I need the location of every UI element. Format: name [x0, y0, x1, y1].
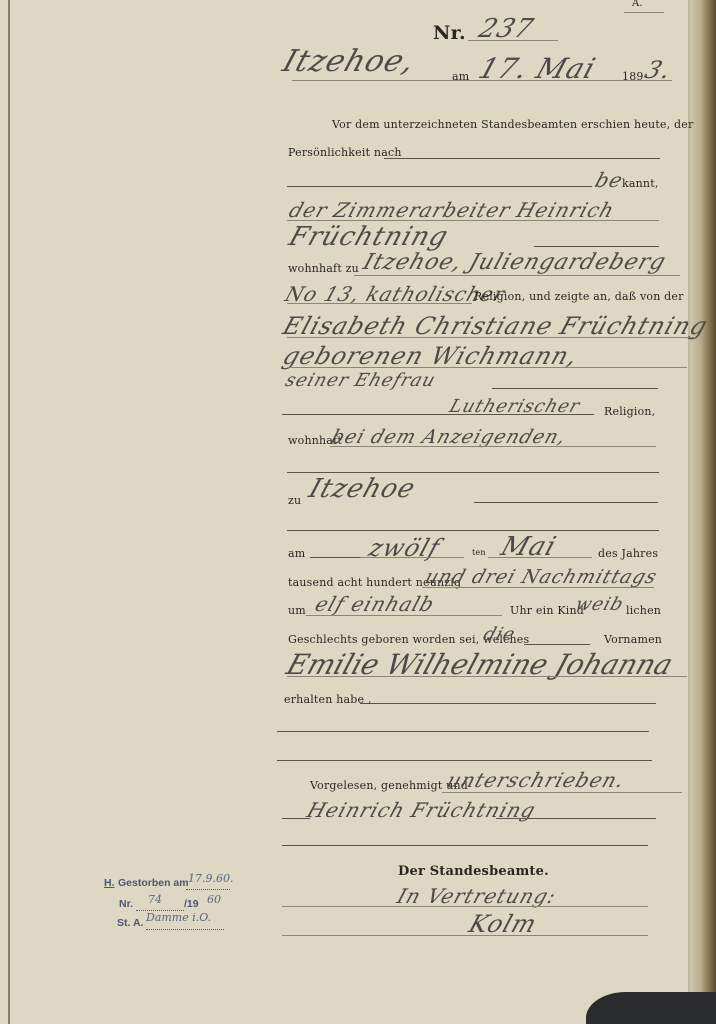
- rule: [277, 731, 649, 732]
- number-label: Nr.: [433, 22, 466, 44]
- residence-handwritten: Itzehoe, Juliengardeberg: [360, 250, 669, 275]
- rule: [360, 557, 464, 558]
- rule: [384, 158, 660, 159]
- rule: [277, 760, 652, 761]
- book-binding: [690, 0, 716, 1024]
- official-title: Der Standesbeamte.: [398, 864, 549, 879]
- rule: [488, 557, 592, 558]
- rule: [422, 587, 654, 588]
- rule: [306, 615, 502, 616]
- rule: [492, 388, 658, 389]
- place-handwritten: Itzehoe,: [278, 44, 420, 79]
- corner-rule: [624, 12, 664, 13]
- stamp-prefix: H.: [104, 877, 115, 889]
- birth-year-label: des Jahres: [598, 547, 658, 560]
- child-sex-handwritten: weib: [573, 594, 627, 615]
- birth-time-handwritten: elf einhalb: [312, 592, 438, 616]
- rule: [310, 557, 360, 558]
- rule: [287, 530, 659, 531]
- rule: [360, 703, 656, 704]
- rule: [330, 446, 656, 447]
- rule: [287, 186, 592, 187]
- given-names-label: Vornamen: [604, 633, 662, 646]
- informant-line-1: der Zimmerarbeiter Heinrich: [286, 198, 618, 222]
- mother-religion-label: Religion,: [604, 405, 655, 418]
- date-rule: [292, 80, 672, 81]
- rule: [496, 818, 656, 819]
- number-rule: [468, 40, 558, 41]
- stamp-dotted-line: [146, 929, 224, 930]
- birth-year-handwritten: und drei Nachmittags: [422, 566, 660, 588]
- informant-line-2: Früchtning: [285, 222, 452, 252]
- dark-object-corner: [586, 992, 716, 1024]
- rule: [442, 792, 682, 793]
- known-label: kannt,: [622, 177, 659, 190]
- rule: [287, 367, 687, 368]
- rule: [354, 275, 680, 276]
- read-handwritten: unterschrieben.: [444, 768, 628, 792]
- intro-line-1: Vor dem unterzeichneten Standesbeamten e…: [332, 118, 693, 131]
- rule: [524, 644, 590, 645]
- birth-time-label: um: [288, 604, 306, 617]
- mother-residence-handwritten: bei dem Anzeigenden,: [328, 426, 569, 448]
- stamp-year-prefix: /19: [184, 898, 199, 910]
- stamp-year-value: 60: [207, 893, 221, 906]
- rule: [287, 303, 472, 304]
- stamp-nr-value: 74: [148, 893, 162, 906]
- mother-line-1: Elisabeth Christiane Früchtning: [279, 312, 711, 340]
- stamp-died-label: Gestorben am: [118, 877, 189, 889]
- left-margin-rule: [8, 0, 10, 1024]
- received-label: erhalten habe ,: [284, 693, 372, 706]
- child-sex-suffix: lichen: [626, 604, 661, 617]
- stamp-nr-label: Nr.: [119, 898, 133, 910]
- birth-ten-label: ten: [472, 548, 486, 557]
- rule: [287, 220, 659, 221]
- religion-clause: Religion, und zeigte an, daß von der: [474, 290, 684, 303]
- rule: [287, 676, 687, 677]
- rule: [282, 845, 648, 846]
- place-label: zu: [288, 494, 301, 507]
- rule: [534, 246, 659, 247]
- rule: [287, 472, 659, 473]
- stamp-dotted-line: [186, 889, 230, 890]
- date-am-label: am: [452, 70, 469, 83]
- year-prefix: 189: [622, 70, 644, 83]
- stamp-registry-value: Damme i.O.: [146, 911, 211, 924]
- stamp-died-date: 17.9.60.: [188, 872, 233, 885]
- mother-line-2: geborenen Wichmann,: [279, 342, 581, 370]
- rule: [282, 935, 648, 936]
- official-handwritten-line-1: In Vertretung:: [394, 884, 560, 908]
- rule: [474, 502, 658, 503]
- place-handwritten: Itzehoe: [305, 474, 419, 504]
- mother-religion-handwritten: Lutherischer: [447, 396, 583, 417]
- rule: [282, 818, 310, 819]
- residence-label: wohnhaft zu: [288, 262, 359, 275]
- rule: [282, 906, 648, 907]
- official-signature: Kolm: [465, 910, 540, 938]
- rule: [287, 337, 695, 338]
- corner-mark: A.: [632, 0, 643, 9]
- birth-am-label: am: [288, 547, 305, 560]
- stamp-registry-label: St. A.: [117, 917, 143, 929]
- mother-line-3: seiner Ehefrau: [283, 370, 439, 391]
- register-page: A. Nr. 237 Itzehoe, am 17. Mai 189 3. Vo…: [0, 0, 716, 1024]
